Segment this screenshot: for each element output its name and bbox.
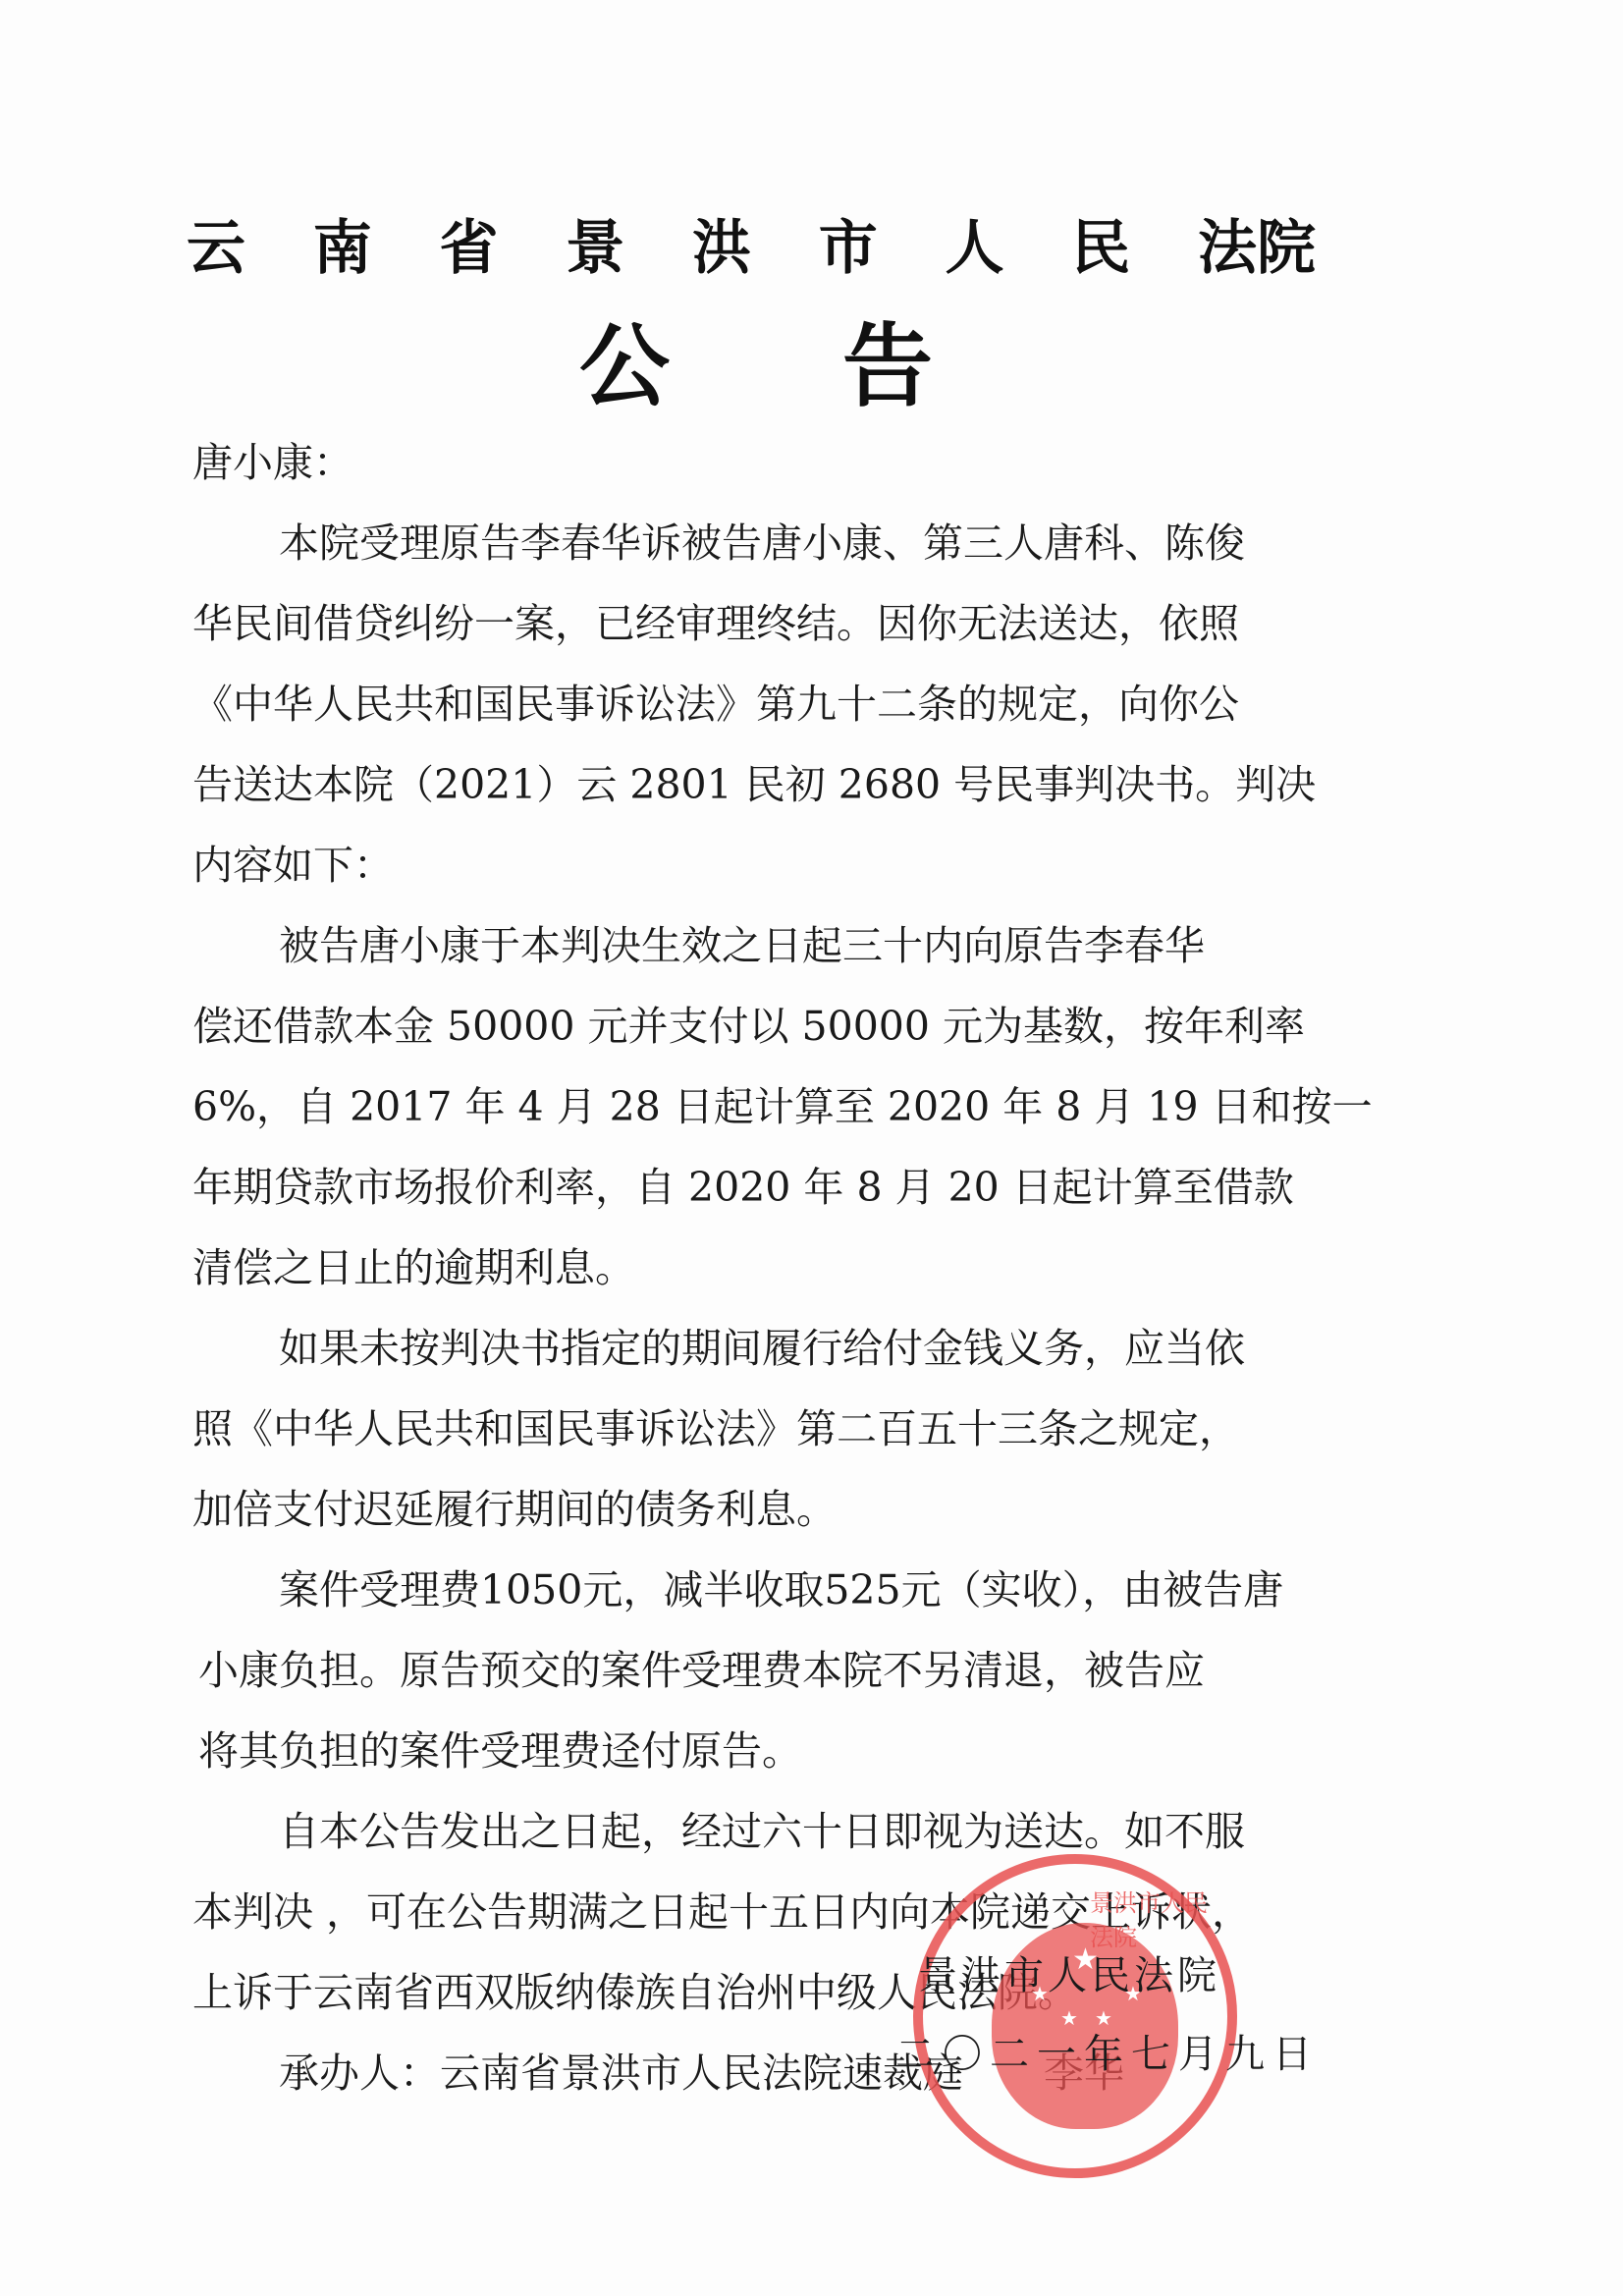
text-line: 将其负担的案件受理费迳付原告。 (192, 1711, 1339, 1791)
heading-char: 南 (313, 201, 372, 286)
heading-char: 云 (187, 201, 245, 286)
heading-char: 景 (566, 201, 624, 286)
heading-char: 洪 (692, 201, 751, 286)
text-line: 本院受理原告李春华诉被告唐小康、第三人唐科、陈俊 (192, 503, 1339, 583)
addressee: 唐小康： (192, 422, 1339, 503)
text-line: 内容如下： (192, 825, 1339, 905)
court-seal: ★ ★ ★ ★ ★ 景洪市人民法院 (913, 1854, 1237, 2178)
text-line: 告送达本院（2021）云 2801 民初 2680 号民事判决书。判决 (192, 744, 1339, 825)
title-char: 告 (842, 295, 933, 424)
title-char: 公 (579, 295, 670, 424)
text-line: 年期贷款市场报价利率，自 2020 年 8 月 20 日起计算至借款 (192, 1147, 1339, 1228)
notice-body: 唐小康： 本院受理原告李春华诉被告唐小康、第三人唐科、陈俊 华民间借贷纠纷一案，… (192, 422, 1339, 2113)
text-line: 华民间借贷纠纷一案，已经审理终结。因你无法送达，依照 (192, 583, 1339, 664)
court-name-heading: 云 南 省 景 洪 市 人 民 法院 (187, 201, 1316, 286)
text-line: 6%，自 2017 年 4 月 28 日起计算至 2020 年 8 月 19 日… (192, 1066, 1339, 1147)
heading-char: 省 (440, 201, 499, 286)
text-line: 加倍支付迟延履行期间的债务利息。 (192, 1469, 1339, 1550)
text-line: 自本公告发出之日起，经过六十日即视为送达。如不服 (192, 1791, 1339, 1872)
signing-date: 二〇二一年七月九日 (895, 2023, 1320, 2079)
seal-ring-text: 景洪市人民法院 (1090, 1884, 1227, 1952)
heading-char: 法院 (1198, 201, 1316, 286)
document-type-heading: 公 告 (579, 295, 933, 424)
text-line: 照《中华人民共和国民事诉讼法》第二百五十三条之规定， (192, 1389, 1339, 1469)
text-line: 清偿之日止的逾期利息。 (192, 1228, 1339, 1308)
paragraph-service: 本院受理原告李春华诉被告唐小康、第三人唐科、陈俊 华民间借贷纠纷一案，已经审理终… (192, 503, 1339, 905)
document-page: 云 南 省 景 洪 市 人 民 法院 公 告 唐小康： 本院受理原告李春华诉被告… (0, 0, 1623, 2296)
text-line: 如果未按判决书指定的期间履行给付金钱义务，应当依 (192, 1308, 1339, 1389)
heading-char: 人 (946, 201, 1004, 286)
paragraph-late-performance: 如果未按判决书指定的期间履行给付金钱义务，应当依 照《中华人民共和国民事诉讼法》… (192, 1308, 1339, 1550)
text-line: 小康负担。原告预交的案件受理费本院不另清退，被告应 (192, 1630, 1339, 1711)
text-line: 案件受理费1050元，减半收取525元（实收），由被告唐 (192, 1550, 1339, 1630)
heading-char: 民 (1071, 201, 1130, 286)
text-line: 《中华人民共和国民事诉讼法》第九十二条的规定，向你公 (192, 664, 1339, 744)
signing-court: 景洪市人民法院 (918, 1944, 1220, 2000)
text-line: 偿还借款本金 50000 元并支付以 50000 元为基数，按年利率 (192, 986, 1339, 1066)
text-line: 被告唐小康于本判决生效之日起三十内向原告李春华 (192, 905, 1339, 986)
paragraph-fees: 案件受理费1050元，减半收取525元（实收），由被告唐 小康负担。原告预交的案… (192, 1550, 1339, 1791)
paragraph-judgment: 被告唐小康于本判决生效之日起三十内向原告李春华 偿还借款本金 50000 元并支… (192, 905, 1339, 1308)
heading-char: 市 (819, 201, 878, 286)
